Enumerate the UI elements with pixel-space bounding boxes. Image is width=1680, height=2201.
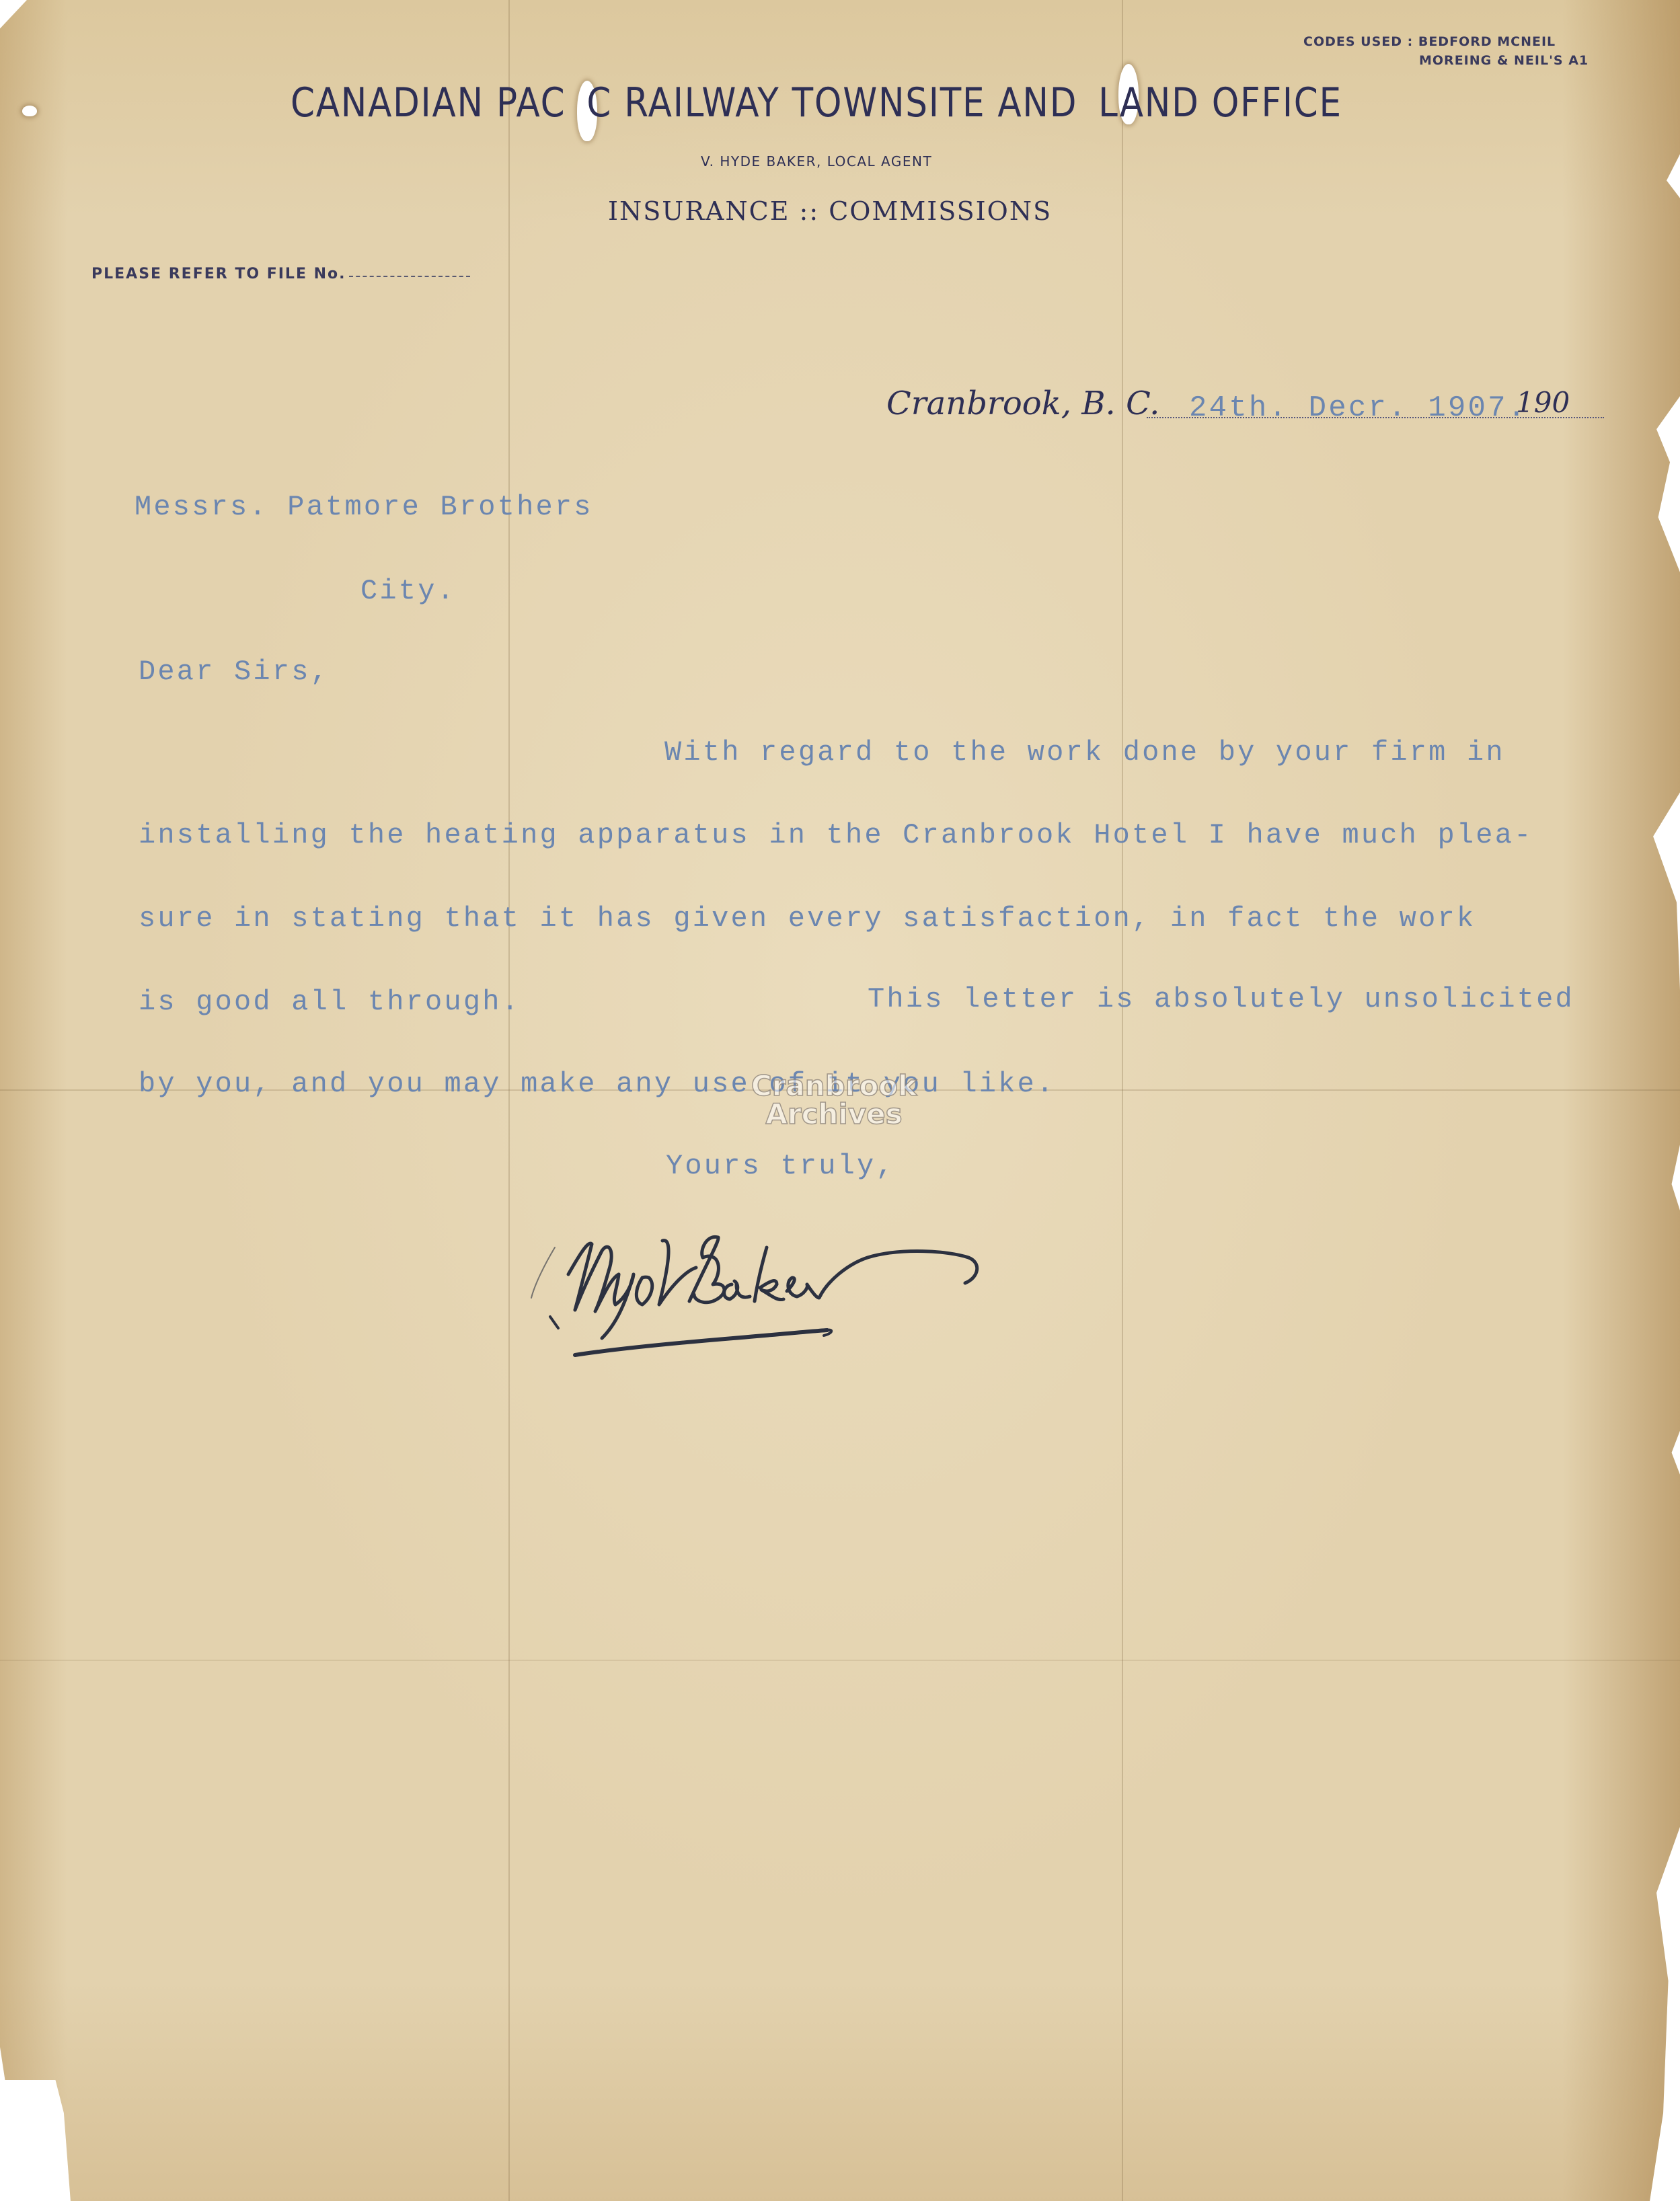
body-line-4b: This letter is absolutely unsolicited: [868, 983, 1574, 1015]
file-reference: PLEASE REFER TO FILE No.: [91, 266, 470, 282]
salutation: Dear Sirs,: [139, 656, 330, 688]
closing: Yours truly,: [666, 1150, 895, 1182]
title-part-2: C RAILWAY TOWNSITE AND: [586, 79, 1077, 126]
codes-line-2: MOREING & NEIL'S A1: [1303, 51, 1589, 70]
recipient-city: City.: [360, 575, 456, 607]
services-line: INSURANCE :: COMMISSIONS: [608, 196, 1052, 226]
dateline-place: Cranbrook, B. C.: [886, 385, 1159, 422]
recipient-name: Messrs. Patmore Brothers: [135, 491, 593, 523]
title-part-3: LAND OFFICE: [1098, 79, 1342, 126]
handwritten-signature: V. Hyde Baker: [518, 1210, 1177, 1372]
watermark-line-1: Cranbrook: [747, 1072, 921, 1100]
letterhead-title: CANADIAN PACC RAILWAY TOWNSITE ANDLAND O…: [291, 79, 1342, 126]
paper-fold-vertical: [508, 0, 510, 2201]
watermark-line-2: Archives: [747, 1100, 921, 1128]
local-agent-line: V. HYDE BAKER, LOCAL AGENT: [701, 153, 932, 169]
body-line-4a: is good all through.: [139, 986, 521, 1018]
archive-watermark: Cranbrook Archives: [747, 1072, 921, 1128]
title-part-1: CANADIAN PAC: [291, 79, 566, 126]
typed-date: 24th. Decr. 1907.: [1189, 391, 1527, 425]
body-line-1: With regard to the work done by your fir…: [664, 736, 1505, 769]
codes-line-1: CODES USED : BEDFORD MCNEIL: [1303, 32, 1589, 51]
telegraph-codes: CODES USED : BEDFORD MCNEIL MOREING & NE…: [1303, 32, 1589, 70]
paper-hole: [22, 106, 37, 116]
file-number-blank: [349, 276, 470, 277]
file-reference-label: PLEASE REFER TO FILE No.: [91, 266, 346, 282]
paper-fold-horizontal: [0, 1660, 1680, 1661]
printed-year-prefix: 190: [1516, 386, 1570, 419]
body-line-3: sure in stating that it has given every …: [139, 902, 1476, 935]
paper-fold-vertical: [1122, 0, 1123, 2201]
body-line-2: installing the heating apparatus in the …: [139, 819, 1533, 851]
